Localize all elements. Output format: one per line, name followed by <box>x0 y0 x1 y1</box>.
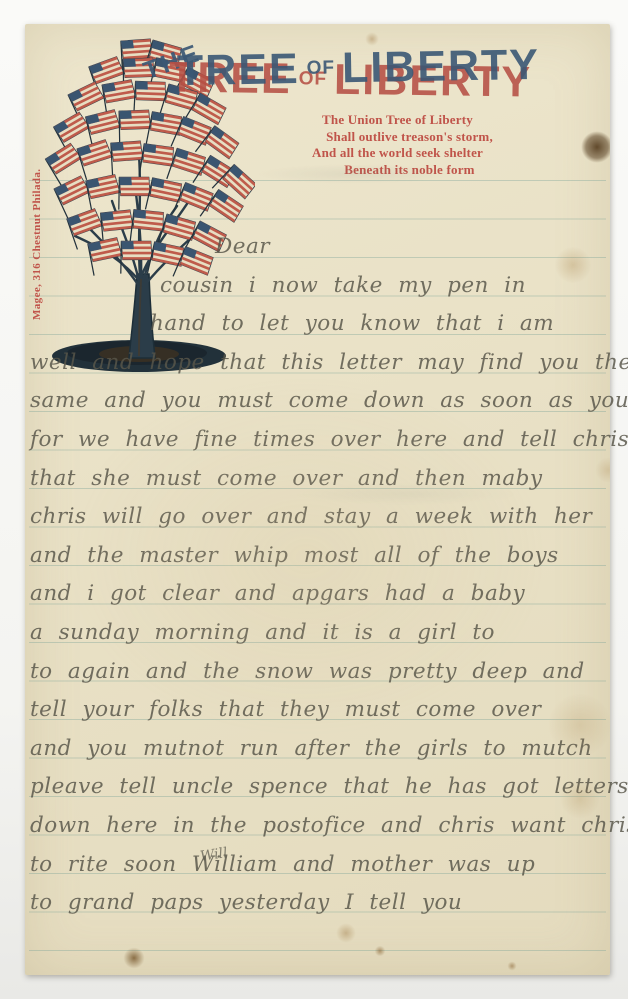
letter-line: Dear <box>30 228 608 267</box>
letter-line: chris will go over and stay a week with … <box>30 498 608 537</box>
photo-of-letter: { "header": { "prefix": "THE", "word1": … <box>0 0 628 999</box>
masthead-title: TREE OF LIBERTY TREE OF LIBERTY <box>175 42 587 112</box>
letter-line: down here in the postofice and chris wan… <box>30 807 608 846</box>
letter-line: hand to let you know that i am <box>30 305 608 344</box>
masthead-title-blue-layer: TREE OF LIBERTY <box>177 41 541 96</box>
letter-line: tell your folks that they must come over <box>30 691 608 730</box>
letter-line: cousin i now take my pen in <box>30 267 608 306</box>
poem-line: Shall outlive treason's storm, <box>287 129 532 146</box>
poem-line: The Union Tree of Liberty <box>275 112 520 129</box>
poem-line: And all the world seek shelter <box>275 145 520 162</box>
letter-line: pleave tell uncle spence that he has got… <box>30 768 608 807</box>
letter-line: to rite soon William and mother was up <box>30 846 608 885</box>
letter-line: well and hope that this letter may find … <box>30 344 608 383</box>
letter-line: a sunday morning and it is a girl to <box>30 614 608 653</box>
masthead-poem: The Union Tree of Liberty Shall outlive … <box>275 112 520 178</box>
letter-line: for we have fine times over here and tel… <box>30 421 608 460</box>
letter-sheet: THE TREE OF LIBERTY TREE OF LIBERTY The … <box>25 24 610 975</box>
letter-line: and i got clear and apgars had a baby <box>30 575 608 614</box>
letter-line: and the master whip most all of the boys <box>30 537 608 576</box>
poem-line: Beneath its noble form <box>287 162 532 179</box>
letter-line: to again and the snow was pretty deep an… <box>30 653 608 692</box>
handwritten-letter: Dear cousin i now take my pen in hand to… <box>30 228 608 923</box>
letter-line: and you mutnot run after the girls to mu… <box>30 730 608 769</box>
letter-line: that she must come over and then maby <box>30 460 608 499</box>
letter-line: to grand paps yesterday I tell you <box>30 884 608 923</box>
letter-line: same and you must come down as soon as y… <box>30 382 608 421</box>
